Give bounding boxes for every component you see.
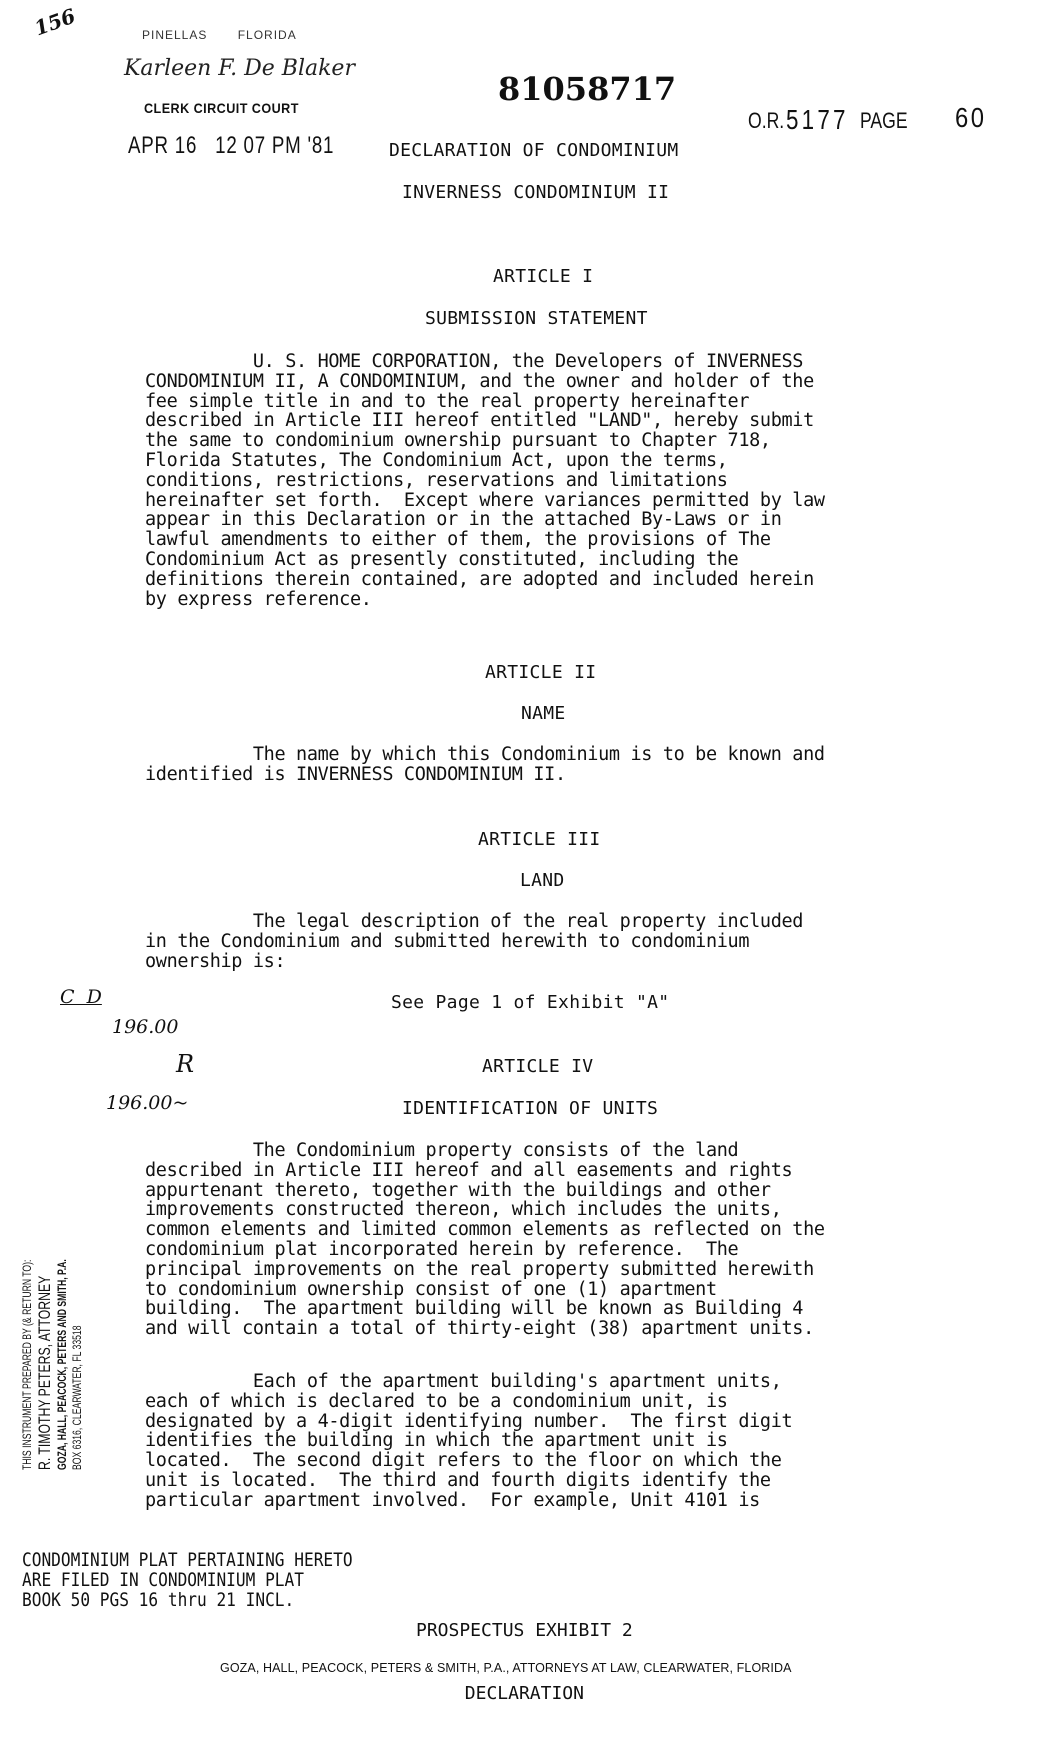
prospectus-exhibit: PROSPECTUS EXHIBIT 2 DECLARATION [416,1578,633,1725]
exhibit-line-2: DECLARATION [416,1683,633,1704]
article-2-paragraph: The name by which this Condominium is to… [145,745,945,785]
article-1-number: ARTICLE I [493,266,593,287]
handwritten-amount-1: 196.00 [112,1016,178,1038]
stamp-county: PINELLAS FLORIDA [142,28,297,42]
clerk-signature: Karleen F. De Blaker [124,56,355,81]
article-2-title: NAME [521,703,566,724]
article-1-paragraph: U. S. HOME CORPORATION, the Developers o… [145,352,945,609]
exhibit-reference: See Page 1 of Exhibit "A" [391,992,669,1013]
margin-line-3: GOZA, HALL, PEACOCK, PETERS AND SMITH, P… [55,1268,70,1470]
article-4-paragraph-2: Each of the apartment building's apartme… [145,1372,945,1511]
handwritten-initial: R [176,1050,194,1078]
handwritten-amount-2: 196.00~ [106,1092,188,1114]
law-firm-footer: GOZA, HALL, PEACOCK, PETERS & SMITH, P.A… [220,1661,792,1675]
handwritten-mark: C D [60,986,102,1008]
stamp-date-time: APR 16 12 07 PM '81 [128,132,334,160]
document-title: DECLARATION OF CONDOMINIUM [389,140,679,161]
plat-note: CONDOMINIUM PLAT PERTAINING HERETO ARE F… [22,1550,353,1610]
article-3-title: LAND [520,870,565,891]
article-1-title: SUBMISSION STATEMENT [425,308,648,329]
article-4-title: IDENTIFICATION OF UNITS [402,1098,658,1119]
margin-line-1: THIS INSTRUMENT PREPARED BY (& RETURN TO… [20,1268,35,1470]
article-3-paragraph: The legal description of the real proper… [145,912,945,971]
document-number: 81058717 [498,70,676,108]
article-3-number: ARTICLE III [478,829,601,850]
instrument-prepared-by-stamp: THIS INSTRUMENT PREPARED BY (& RETURN TO… [20,1190,85,1470]
article-4-paragraph-1: The Condominium property consists of the… [145,1141,945,1339]
or-label: O.R. [748,108,784,134]
margin-line-2: R. TIMOTHY PETERS, ATTORNEY [35,1268,55,1470]
margin-line-4: BOX 6316, CLEARWATER, FL 33518 [70,1268,85,1470]
article-4-number: ARTICLE IV [482,1056,593,1077]
document-subtitle: INVERNESS CONDOMINIUM II [402,182,669,203]
exhibit-line-1: PROSPECTUS EXHIBIT 2 [416,1620,633,1641]
page-label: PAGE [860,108,908,134]
article-2-number: ARTICLE II [485,662,596,683]
stamp-clerk-title: CLERK CIRCUIT COURT [144,100,299,116]
corner-page-mark: 156 [31,4,78,41]
page-number: 60 [955,102,987,134]
or-book-number: 5177 [786,104,849,136]
